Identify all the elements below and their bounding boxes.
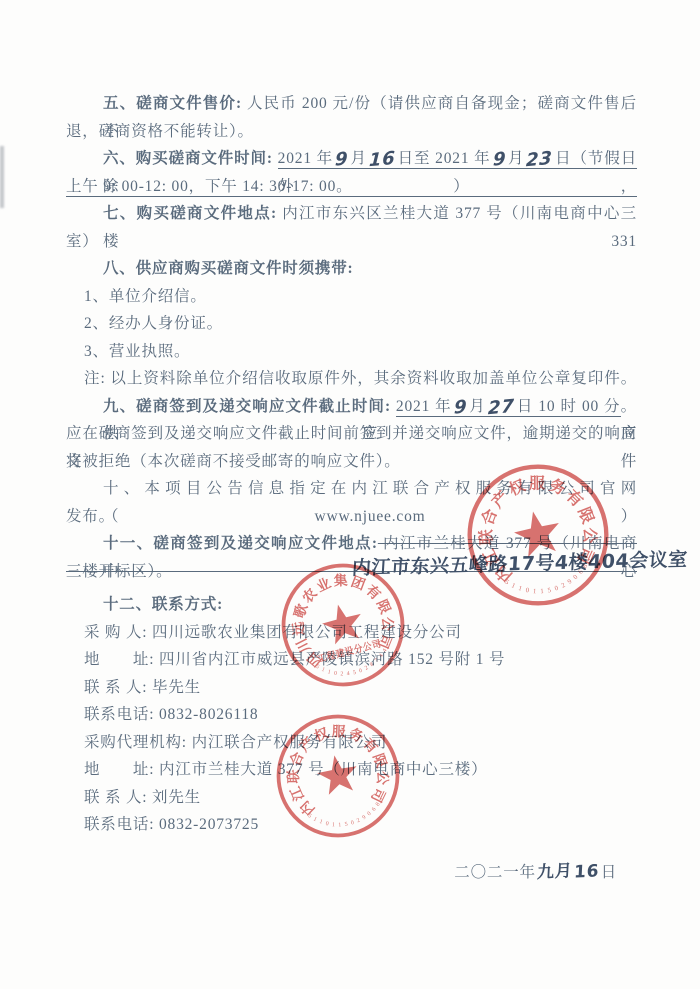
- struck-address: 三楼开标区: [66, 563, 148, 580]
- contact-line: 联 系 人: 刘先生: [84, 789, 201, 806]
- contact-purchaser: 采 购 人: 四川远歌农业集团有限公司工程建设分公司: [66, 619, 637, 647]
- handwritten-day: 27: [487, 397, 515, 417]
- handwritten-day: 16: [368, 150, 396, 170]
- contact-agency-person: 联 系 人: 刘先生: [66, 784, 637, 812]
- section-8-note: 注: 以上资料除单位介绍信收取原件外，其余资料收取加盖单位公章复印件。: [66, 365, 637, 393]
- handwritten-month: 9: [335, 150, 349, 169]
- contact-purchaser-person: 联 系 人: 毕先生: [66, 674, 637, 702]
- section-10-cont: 发布。: [66, 508, 115, 525]
- date-printed: 日: [601, 864, 617, 881]
- date-text: 2021 年: [396, 398, 452, 415]
- handwritten-month: 9: [492, 150, 506, 169]
- section-6-line-1: 六、购买磋商文件时间: 2021 年9月16日至 2021 年9月23日（节假日…: [66, 145, 637, 173]
- date-text: 月: [350, 150, 367, 167]
- contact-agency-phone: 联系电话: 0832-2073725: [66, 811, 637, 839]
- list-item: 1、单位介绍信。: [84, 288, 207, 305]
- contact-line: 联系电话: 0832-8026118: [84, 706, 258, 723]
- section-7-cont: 室）: [66, 233, 99, 250]
- contact-line: 采 购 人: 四川远歌农业集团有限公司工程建设分公司: [84, 624, 462, 641]
- section-5-line-2: 退，磋商资格不能转让）。: [66, 118, 637, 146]
- section-11-tail: ）。: [148, 563, 173, 580]
- section-12-label: 十二、联系方式:: [103, 596, 223, 613]
- section-9-line-2: 应在磋商签到及递交响应文件截止时间前签到并递交响应文件，逾期递交的响应文件: [66, 420, 637, 448]
- contact-purchaser-address: 地 址: 四川省内江市威远县严陵镇滨河路 152 号附 1 号: [66, 646, 637, 674]
- section-10-line-1: 十、本项目公告信息指定在内江联合产权服务有限公司官网（www.njuee.com…: [66, 475, 637, 503]
- date-printed: 二〇二一年: [454, 864, 536, 881]
- contact-purchaser-phone: 联系电话: 0832-8026118: [66, 701, 637, 729]
- section-9-underlined: 2021 年9月27日 10 时 00 分: [396, 398, 621, 417]
- section-7-label: 七、购买磋商文件地点:: [103, 205, 277, 222]
- date-text: 2021 年: [278, 150, 333, 167]
- section-9-cont: 将被拒绝（本次磋商不接受邮寄的响应文件）。: [66, 453, 401, 470]
- contact-agency: 采购代理机构: 内江联合产权服务有限公司: [66, 729, 637, 757]
- section-6-hours-underlined: 上午 9: 00-12: 00，下午 14: 30-17: 00。: [66, 178, 352, 197]
- note-text: 注: 以上资料除单位介绍信收取原件外，其余资料收取加盖单位公章复印件。: [84, 370, 637, 387]
- handwritten-month: 9: [453, 398, 467, 417]
- section-12-heading: 十二、联系方式:: [66, 591, 637, 619]
- section-6-label: 六、购买磋商文件时间:: [103, 150, 273, 167]
- contact-line: 联 系 人: 毕先生: [84, 679, 201, 696]
- section-11-label: 十一、磋商签到及递交响应文件地点:: [103, 535, 378, 552]
- contact-line: 地 址: 内江市兰桂大道 377 号（川南电商中心三楼）: [84, 761, 487, 778]
- document-page: 五、磋商文件售价: 人民币 200 元/份（请供应商自备现金；磋商文件售后不 退…: [0, 0, 700, 989]
- contact-line: 地 址: 四川省内江市威远县严陵镇滨河路 152 号附 1 号: [84, 651, 505, 668]
- date-text: 日至 2021 年: [398, 150, 491, 167]
- handwritten-day: 23: [526, 150, 554, 170]
- contact-line: 联系电话: 0832-2073725: [84, 816, 259, 833]
- date-text: 日 10 时 00 分: [517, 398, 621, 415]
- section-10-text: 十、本项目公告信息指定在内江联合产权服务有限公司官网（www.njuee.com…: [103, 480, 637, 525]
- section-8-heading: 八、供应商购买磋商文件时须携带:: [66, 255, 637, 283]
- section-8-item-1: 1、单位介绍信。: [66, 283, 637, 311]
- section-8-label: 八、供应商购买磋商文件时须携带:: [103, 260, 353, 277]
- section-5-cont: 退，磋商资格不能转让）。: [66, 123, 254, 140]
- document-body: 五、磋商文件售价: 人民币 200 元/份（请供应商自备现金；磋商文件售后不 退…: [66, 90, 637, 887]
- section-9-line-1: 九、磋商签到及递交响应文件截止时间: 2021 年9月27日 10 时 00 分…: [66, 393, 637, 421]
- scan-edge-artifact: [0, 146, 4, 208]
- handwritten-day: 16: [574, 856, 601, 887]
- contact-agency-address: 地 址: 内江市兰桂大道 377 号（川南电商中心三楼）: [66, 756, 637, 784]
- date-text: 月: [508, 150, 525, 167]
- section-5-label: 五、磋商文件售价:: [103, 95, 242, 112]
- contact-line: 采购代理机构: 内江联合产权服务有限公司: [84, 734, 387, 751]
- list-item: 2、经办人身份证。: [84, 315, 223, 332]
- section-8-item-3: 3、营业执照。: [66, 338, 637, 366]
- signature-date: 二〇二一年九月16日: [66, 857, 637, 887]
- section-8-item-2: 2、经办人身份证。: [66, 310, 637, 338]
- list-item: 3、营业执照。: [84, 343, 190, 360]
- section-5-line-1: 五、磋商文件售价: 人民币 200 元/份（请供应商自备现金；磋商文件售后不: [66, 90, 637, 118]
- date-text: 月: [469, 398, 486, 415]
- handwritten-month: 九月: [536, 856, 573, 888]
- section-7-line-1: 七、购买磋商文件地点: 内江市东兴区兰桂大道 377 号（川南电商中心三楼 33…: [66, 200, 637, 228]
- section-9-label: 九、磋商签到及递交响应文件截止时间:: [103, 398, 391, 415]
